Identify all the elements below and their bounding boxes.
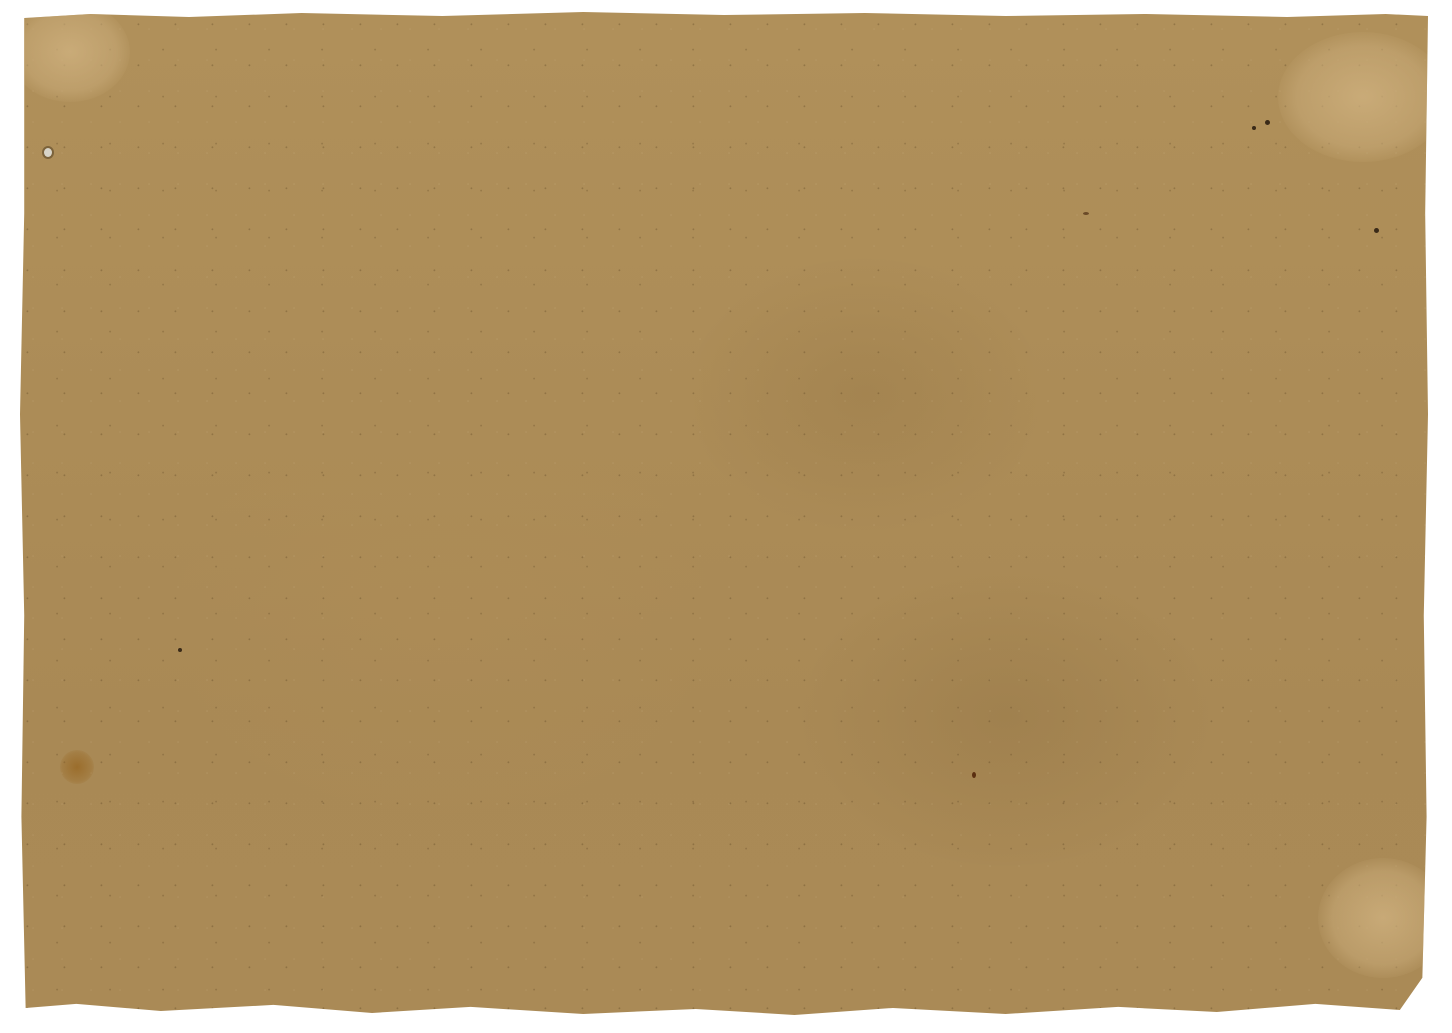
worn-corner-top-left — [10, 2, 130, 102]
paper-grain-texture — [20, 12, 1428, 1018]
dark-speck — [1252, 126, 1256, 130]
dark-speck — [1083, 212, 1089, 215]
stain-left-edge — [60, 750, 94, 784]
dark-speck — [972, 772, 976, 778]
dark-speck — [1265, 120, 1270, 125]
scene-background — [0, 0, 1452, 1033]
kraft-paper-sheet — [20, 12, 1428, 1018]
dark-speck — [1374, 228, 1379, 233]
dark-speck — [178, 648, 182, 652]
small-hole — [44, 148, 52, 157]
worn-corner-bottom-right — [1318, 858, 1448, 978]
worn-corner-top-right — [1278, 32, 1448, 162]
